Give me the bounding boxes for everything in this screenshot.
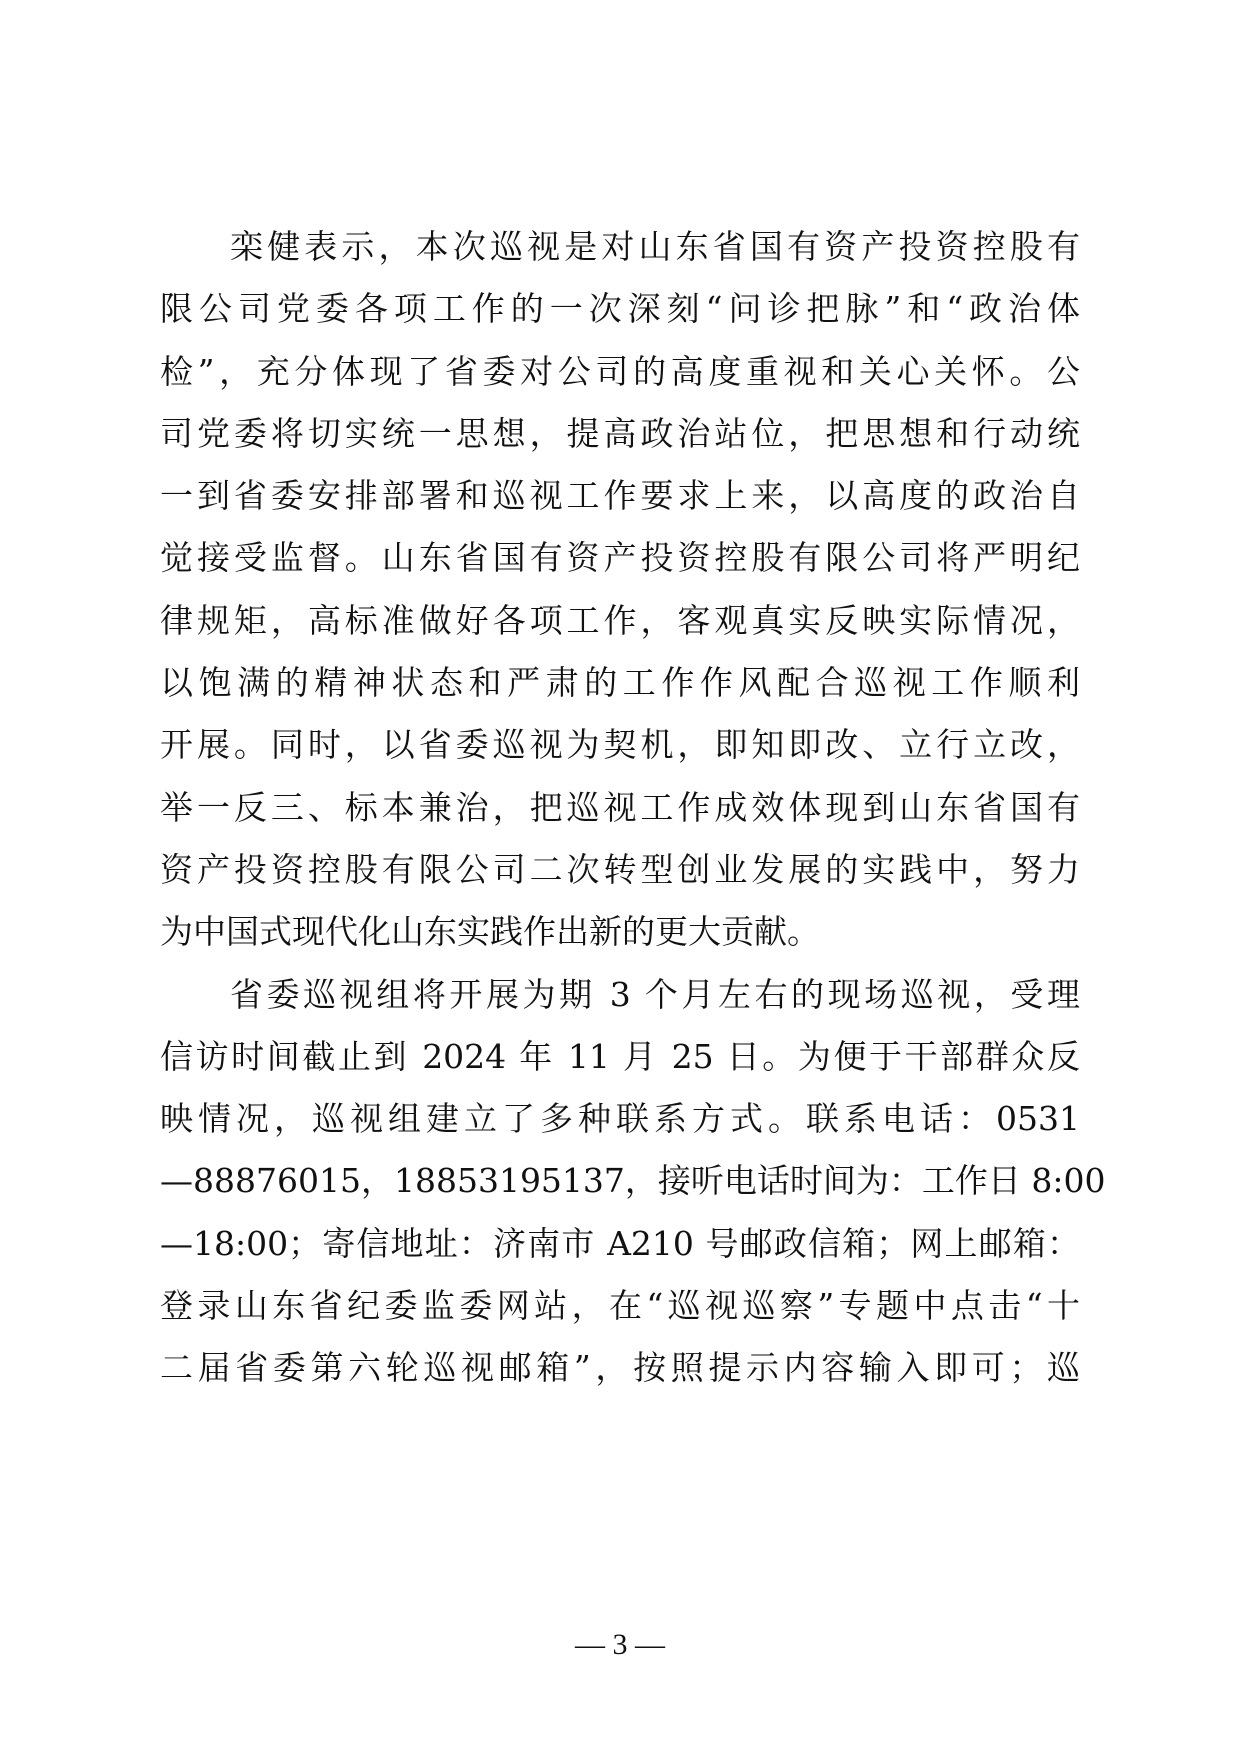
document-page: 栾健表示，本次巡视是对山东省国有资产投资控股有 限公司党委各项工作的一次深刻“问… xyxy=(0,0,1240,1754)
paragraph-2-line-4: —88876015，18853195137，接听电话时间为：工作日 8:00 xyxy=(160,1150,1080,1212)
paragraph-1-line-4: 司党委将切实统一思想，提高政治站位，把思想和行动统 xyxy=(160,403,1080,465)
paragraph-1-line-5: 一到省委安排部署和巡视工作要求上来，以高度的政治自 xyxy=(160,465,1080,527)
paragraph-2-line-7: 二届省委第六轮巡视邮箱”，按照提示内容输入即可；巡 xyxy=(160,1337,1080,1399)
paragraph-1-line-1: 栾健表示，本次巡视是对山东省国有资产投资控股有 xyxy=(160,216,1080,278)
paragraph-1-line-9: 开展。同时，以省委巡视为契机，即知即改、立行立改， xyxy=(160,714,1080,776)
document-body: 栾健表示，本次巡视是对山东省国有资产投资控股有 限公司党委各项工作的一次深刻“问… xyxy=(160,216,1080,1400)
paragraph-1-line-8: 以饱满的精神状态和严肃的工作作风配合巡视工作顺利 xyxy=(160,652,1080,714)
paragraph-2-line-3: 映情况，巡视组建立了多种联系方式。联系电话：0531 xyxy=(160,1088,1080,1150)
paragraph-2-line-6: 登录山东省纪委监委网站，在“巡视巡察”专题中点击“十 xyxy=(160,1275,1080,1337)
paragraph-1-line-2: 限公司党委各项工作的一次深刻“问诊把脉”和“政治体 xyxy=(160,278,1080,340)
paragraph-1-line-6: 觉接受监督。山东省国有资产投资控股有限公司将严明纪 xyxy=(160,527,1080,589)
paragraph-2-line-2: 信访时间截止到 2024 年 11 月 25 日。为便于干部群众反 xyxy=(160,1026,1080,1088)
paragraph-1-line-11: 资产投资控股有限公司二次转型创业发展的实践中，努力 xyxy=(160,839,1080,901)
paragraph-1-line-10: 举一反三、标本兼治，把巡视工作成效体现到山东省国有 xyxy=(160,777,1080,839)
page-number: — 3 — xyxy=(0,1628,1240,1662)
paragraph-1-line-12: 为中国式现代化山东实践作出新的更大贡献。 xyxy=(160,901,1080,963)
paragraph-1-line-3: 检”，充分体现了省委对公司的高度重视和关心关怀。公 xyxy=(160,341,1080,403)
paragraph-2-line-5: —18:00；寄信地址：济南市 A210 号邮政信箱；网上邮箱： xyxy=(160,1213,1080,1275)
paragraph-2-line-1: 省委巡视组将开展为期 3 个月左右的现场巡视，受理 xyxy=(160,964,1080,1026)
paragraph-1-line-7: 律规矩，高标准做好各项工作，客观真实反映实际情况， xyxy=(160,590,1080,652)
